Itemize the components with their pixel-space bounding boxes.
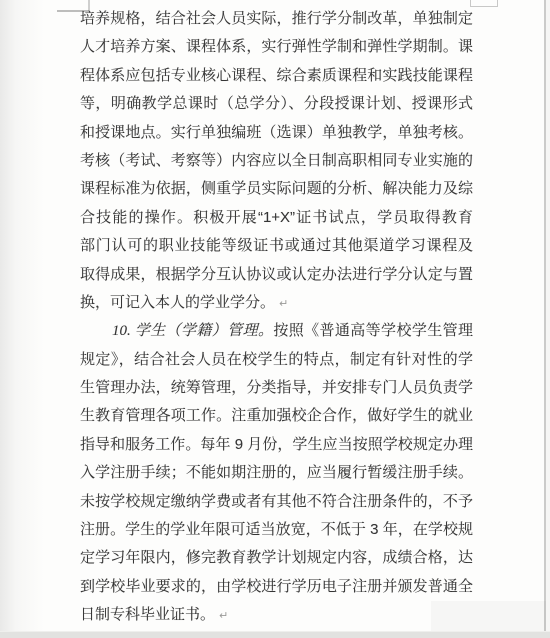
document-page: 培养规格，结合社会人员实际，推行学分制改革，单独制定人才培养方案、课程体系，实行… bbox=[0, 0, 550, 638]
text-line: 程体系应包括专业核心课程、综合素质课程和实践技能课程 bbox=[80, 62, 473, 90]
page-bottom-edge bbox=[0, 631, 550, 638]
paragraph: 10. 学生（学籍）管理。按照《普通高等学校学生管理规定》，结合社会人员在校学生… bbox=[80, 317, 473, 629]
text-line: 生管理办法，统筹管理，分类指导，并安排专门人员负责学 bbox=[80, 374, 473, 402]
body-text: 生管理办法，统筹管理，分类指导，并安排专门人员负责学 bbox=[80, 379, 473, 396]
body-text: 考核（考试、考察等）内容应以全日制高职相同专业实施的 bbox=[80, 152, 473, 169]
body-text: 等，明确教学总课时（总学分）、分段授课计划、授课形式 bbox=[80, 95, 473, 112]
body-text: 到学校毕业要求的，由学校进行学历电子注册并颁发普通全 bbox=[80, 578, 473, 595]
text-line: 培养规格，结合社会人员实际，推行学分制改革，单独制定 bbox=[80, 5, 473, 33]
text-line: 课程标准为依据，侧重学员实际问题的分析、解决能力及综 bbox=[80, 175, 473, 203]
text-line: 到学校毕业要求的，由学校进行学历电子注册并颁发普通全 bbox=[80, 573, 473, 601]
body-text: 人才培养方案、课程体系，实行弹性学制和弹性学期制。课 bbox=[80, 38, 473, 55]
body-text: 取得成果，根据学分互认协议或认定办法进行学分认定与置 bbox=[80, 266, 473, 283]
text-line: 考核（考试、考察等）内容应以全日制高职相同专业实施的 bbox=[80, 147, 473, 175]
body-text: 和授课地点。实行单独编班（选课）单独教学，单独考核。 bbox=[80, 124, 473, 141]
text-block: 培养规格，结合社会人员实际，推行学分制改革，单独制定人才培养方案、课程体系，实行… bbox=[80, 5, 473, 630]
photo-shade-bottom-right bbox=[431, 601, 546, 631]
body-text: 课程标准为依据，侧重学员实际问题的分析、解决能力及综 bbox=[80, 180, 473, 197]
text-line: 人才培养方案、课程体系，实行弹性学制和弹性学期制。课 bbox=[80, 33, 473, 61]
text-line: 等，明确教学总课时（总学分）、分段授课计划、授课形式 bbox=[80, 90, 473, 118]
text-line: 指导和服务工作。每年 9 月份，学生应当按照学校规定办理 bbox=[80, 431, 473, 459]
body-text: 程体系应包括专业核心课程、综合素质课程和实践技能课程 bbox=[80, 67, 473, 84]
text-line: 入学注册手续；不能如期注册的，应当履行暂缓注册手续。 bbox=[80, 459, 473, 487]
page-right-margin bbox=[546, 0, 550, 638]
text-line: 定学习年限内，修完教育教学计划规定内容，成绩合格，达 bbox=[80, 544, 473, 572]
paragraph-return-mark: ↵ bbox=[279, 298, 288, 310]
text-line: 部门认可的职业技能等级证书或通过其他渠道学习课程及 bbox=[80, 232, 473, 260]
body-text: 指导和服务工作。每年 9 月份，学生应当按照学校规定办理 bbox=[80, 436, 473, 453]
body-text: 生教育管理各项工作。注重加强校企合作，做好学生的就业 bbox=[80, 407, 473, 424]
body-text: 按照《普通高等学校学生管理 bbox=[273, 322, 473, 339]
cutoff-box-corner-top-right bbox=[470, 0, 498, 7]
text-line: 合技能的操作。积极开展“1+X”证书试点，学员取得教育 bbox=[80, 204, 473, 232]
body-text: 规定》，结合社会人员在校学生的特点，制定有针对性的学 bbox=[80, 351, 473, 368]
paragraph: 培养规格，结合社会人员实际，推行学分制改革，单独制定人才培养方案、课程体系，实行… bbox=[80, 5, 473, 317]
text-line: 取得成果，根据学分互认协议或认定办法进行学分认定与置 bbox=[80, 261, 473, 289]
body-text: 未按学校规定缴纳学费或者有其他不符合注册条件的，不予 bbox=[80, 493, 473, 510]
paragraph-return-mark: ↵ bbox=[219, 610, 228, 622]
text-line: 生教育管理各项工作。注重加强校企合作，做好学生的就业 bbox=[80, 402, 473, 430]
body-text: 换，可记入本人的学业学分。 bbox=[80, 294, 275, 311]
body-text: 日制专科毕业证书。 bbox=[80, 606, 215, 623]
body-text: 注册。学生的学业年限可适当放宽，不低于 3 年，在学校规 bbox=[80, 521, 473, 538]
body-text: 定学习年限内，修完教育教学计划规定内容，成绩合格，达 bbox=[80, 549, 473, 566]
text-line: 注册。学生的学业年限可适当放宽，不低于 3 年，在学校规 bbox=[80, 516, 473, 544]
body-text: 部门认可的职业技能等级证书或通过其他渠道学习课程及 bbox=[80, 237, 473, 254]
kai-style-text: 10. 学生（学籍）管理。 bbox=[112, 323, 273, 339]
body-text: 合技能的操作。积极开展“1+X”证书试点，学员取得教育 bbox=[80, 209, 473, 226]
page-edge-line bbox=[544, 0, 546, 638]
text-line: 未按学校规定缴纳学费或者有其他不符合注册条件的，不予 bbox=[80, 488, 473, 516]
text-line: 规定》，结合社会人员在校学生的特点，制定有针对性的学 bbox=[80, 346, 473, 374]
text-line: 和授课地点。实行单独编班（选课）单独教学，单独考核。 bbox=[80, 119, 473, 147]
body-text: 培养规格，结合社会人员实际，推行学分制改革，单独制定 bbox=[80, 10, 473, 27]
text-line: 日制专科毕业证书。↵ bbox=[80, 601, 473, 629]
body-text: 入学注册手续；不能如期注册的，应当履行暂缓注册手续。 bbox=[80, 464, 473, 481]
text-line: 10. 学生（学籍）管理。按照《普通高等学校学生管理 bbox=[80, 317, 473, 345]
text-line: 换，可记入本人的学业学分。↵ bbox=[80, 289, 473, 317]
